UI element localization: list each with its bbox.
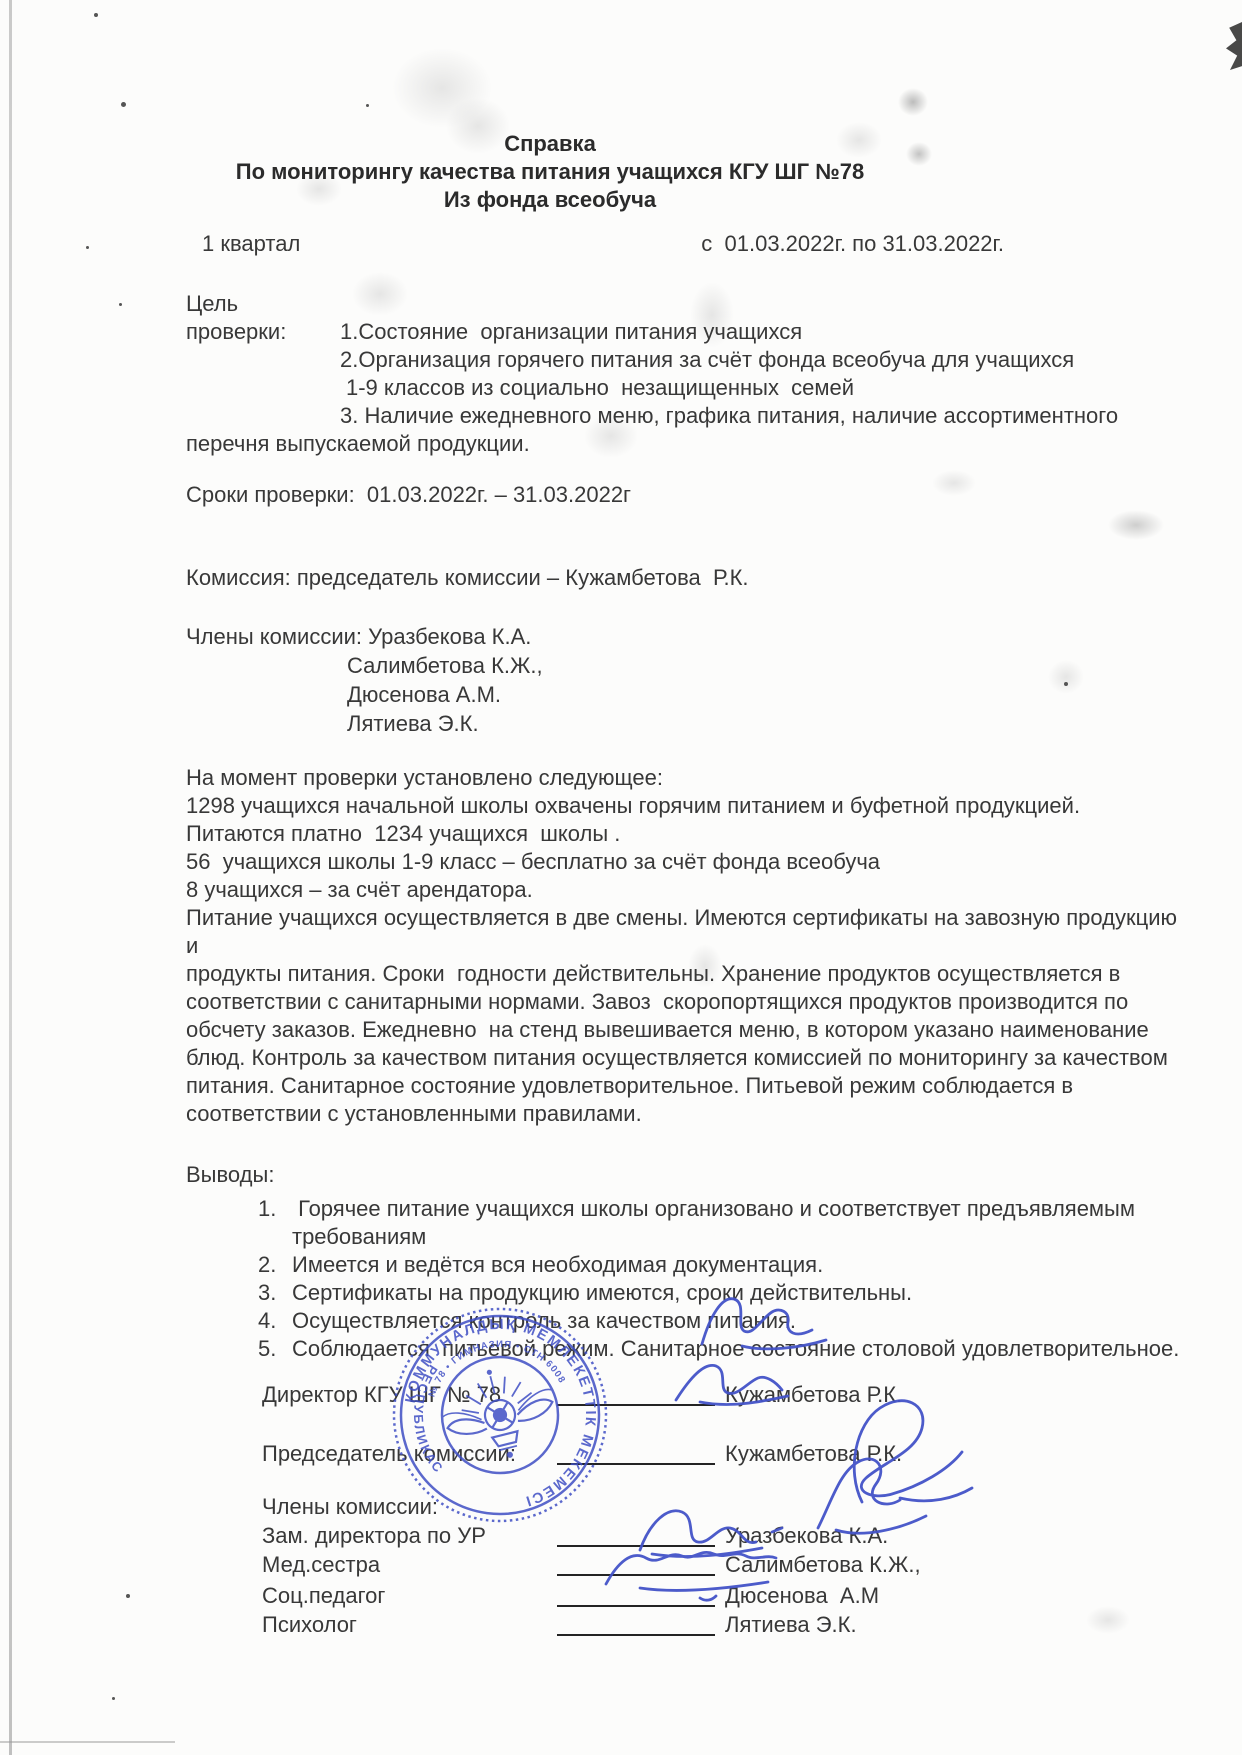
conclusion-item: 3. Сертификаты на продукцию имеются, сро… — [186, 1279, 1186, 1307]
signature-name: Дюсенова А.М — [717, 1582, 1030, 1610]
conclusion-item: 5. Соблюдается питьевой режим. Санитарно… — [186, 1335, 1186, 1363]
title-line-3: Из фонда всеобуча — [186, 186, 914, 214]
document-title-block: Справка По мониторингу качества питания … — [186, 130, 914, 214]
signature-name: Кужамбетова Р.К. — [717, 1381, 1030, 1409]
member-name: Лятиева Э.К. — [186, 709, 1186, 738]
commission-members-section: Члены комиссии: Уразбекова К.А. Салимбет… — [186, 622, 1186, 738]
title-line-1: Справка — [186, 130, 914, 158]
findings-line: 1298 учащихся начальной школы охвачены г… — [186, 792, 1186, 820]
findings-line: На момент проверки установлено следующее… — [186, 764, 1186, 792]
goal-section: Цель проверки:1.Состояние организации пи… — [186, 290, 1186, 458]
goal-line-1: Цель проверки:1.Состояние организации пи… — [186, 290, 1186, 346]
signature-row-chair: Председатель комиссии: Кужамбетова Р.К. — [262, 1440, 1030, 1468]
check-dates: Сроки проверки: 01.03.2022г. – 31.03.202… — [186, 481, 1186, 509]
conclusion-number: 1. — [258, 1195, 292, 1223]
findings-line: 56 учащихся школы 1-9 класс – бесплатно … — [186, 848, 1186, 876]
conclusion-text: Горячее питание учащихся школы организов… — [292, 1195, 1186, 1223]
signature-line — [557, 1443, 715, 1465]
signature-line — [557, 1525, 715, 1547]
period-quarter: 1 квартал — [202, 230, 300, 258]
signature-role-label: Директор КГУ ШГ № 78 — [262, 1381, 557, 1409]
members-first-line: Члены комиссии: Уразбекова К.А. — [186, 622, 1186, 651]
conclusion-number: 3. — [258, 1279, 292, 1307]
signature-row-nurse: Мед.сестра Салимбетова К.Ж., — [262, 1550, 1030, 1579]
conclusion-item: 2. Имеется и ведётся вся необходимая док… — [186, 1251, 1186, 1279]
scanned-document-page: Справка По мониторингу качества питания … — [0, 0, 1242, 1755]
conclusion-text: Имеется и ведётся вся необходимая докуме… — [292, 1251, 1186, 1279]
conclusion-text-cont: требованиям — [186, 1223, 1186, 1251]
member-name: Салимбетова К.Ж., — [186, 651, 1186, 680]
conclusion-number: 5. — [258, 1335, 292, 1363]
signature-row-psychologist: Психолог Лятиева Э.К. — [262, 1610, 1030, 1639]
goal-item-2: 2.Организация горячего питания за счёт ф… — [186, 346, 1186, 374]
period-row: 1 квартал с 01.03.2022г. по 31.03.2022г. — [202, 230, 1004, 258]
findings-line: обсчету заказов. Ежедневно на стенд выве… — [186, 1016, 1186, 1044]
findings-line: блюд. Контроль за качеством питания осущ… — [186, 1044, 1186, 1072]
conclusion-text: Осуществляется контроль за качеством пит… — [292, 1307, 1186, 1335]
signature-role-label: Соц.педагог — [262, 1582, 557, 1610]
title-line-2: По мониторингу качества питания учащихся… — [186, 158, 914, 186]
signature-row-deputy-director: Зам. директора по УР Уразбекова К.А. — [262, 1521, 1030, 1550]
signature-block: Директор КГУ ШГ № 78 Кужамбетова Р.К. Пр… — [262, 1381, 1030, 1639]
period-range: с 01.03.2022г. по 31.03.2022г. — [701, 230, 1004, 258]
findings-line: Питание учащихся осуществляется в две см… — [186, 904, 1186, 960]
signature-role-label: Психолог — [262, 1611, 557, 1639]
goal-item-1: 1.Состояние организации питания учащихся — [340, 319, 802, 344]
signature-row-director: Директор КГУ ШГ № 78 Кужамбетова Р.К. — [262, 1381, 1030, 1409]
signature-name: Лятиева Э.К. — [717, 1611, 1030, 1639]
conclusion-item: 1. Горячее питание учащихся школы органи… — [186, 1195, 1186, 1223]
signature-line — [557, 1554, 715, 1576]
signature-name: Салимбетова К.Ж., — [717, 1551, 1030, 1579]
signature-role-label: Мед.сестра — [262, 1551, 557, 1579]
conclusion-number: 4. — [258, 1307, 292, 1335]
findings-line: Питаются платно 1234 учащихся школы . — [186, 820, 1186, 848]
conclusion-number: 2. — [258, 1251, 292, 1279]
goal-label: Цель проверки: — [186, 290, 340, 346]
conclusion-item: 4. Осуществляется контроль за качеством … — [186, 1307, 1186, 1335]
findings-line: соответствии с установленными правилами. — [186, 1100, 1186, 1128]
conclusion-text: Соблюдается питьевой режим. Санитарное с… — [292, 1335, 1186, 1363]
conclusions-list: 1. Горячее питание учащихся школы органи… — [186, 1195, 1186, 1363]
conclusions-label: Выводы: — [186, 1161, 1186, 1189]
commission-chair-line: Комиссия: председатель комиссии – Кужамб… — [186, 564, 1186, 592]
member-name: Дюсенова А.М. — [186, 680, 1186, 709]
signature-role-label: Председатель комиссии: — [262, 1440, 557, 1468]
findings-line: соответствии с санитарными нормами. Заво… — [186, 988, 1186, 1016]
signature-line — [557, 1585, 715, 1607]
document-body: Справка По мониторингу качества питания … — [0, 0, 1242, 1755]
signature-row-social-pedagogue: Соц.педагог Дюсенова А.М — [262, 1579, 1030, 1610]
signature-row-members-header: Члены комиссии: — [262, 1493, 1030, 1521]
signature-name: Кужамбетова Р.К. — [717, 1440, 1030, 1468]
signature-role-label: Зам. директора по УР — [262, 1522, 557, 1550]
findings-line: продукты питания. Сроки годности действи… — [186, 960, 1186, 988]
signature-line — [557, 1498, 715, 1518]
findings-line: 8 учащихся – за счёт арендатора. — [186, 876, 1186, 904]
findings-section: На момент проверки установлено следующее… — [186, 764, 1186, 1128]
goal-item-3-cont: перечня выпускаемой продукции. — [186, 430, 1186, 458]
signature-line — [557, 1384, 715, 1406]
conclusion-text: Сертификаты на продукцию имеются, сроки … — [292, 1279, 1186, 1307]
signature-name: Уразбекова К.А. — [717, 1522, 1030, 1550]
signature-line — [557, 1614, 715, 1636]
goal-item-3: 3. Наличие ежедневного меню, графика пит… — [186, 402, 1186, 430]
signature-role-label: Члены комиссии: — [262, 1493, 557, 1521]
findings-line: питания. Санитарное состояние удовлетвор… — [186, 1072, 1186, 1100]
goal-item-2-cont: 1-9 классов из социально незащищенных се… — [186, 374, 1186, 402]
